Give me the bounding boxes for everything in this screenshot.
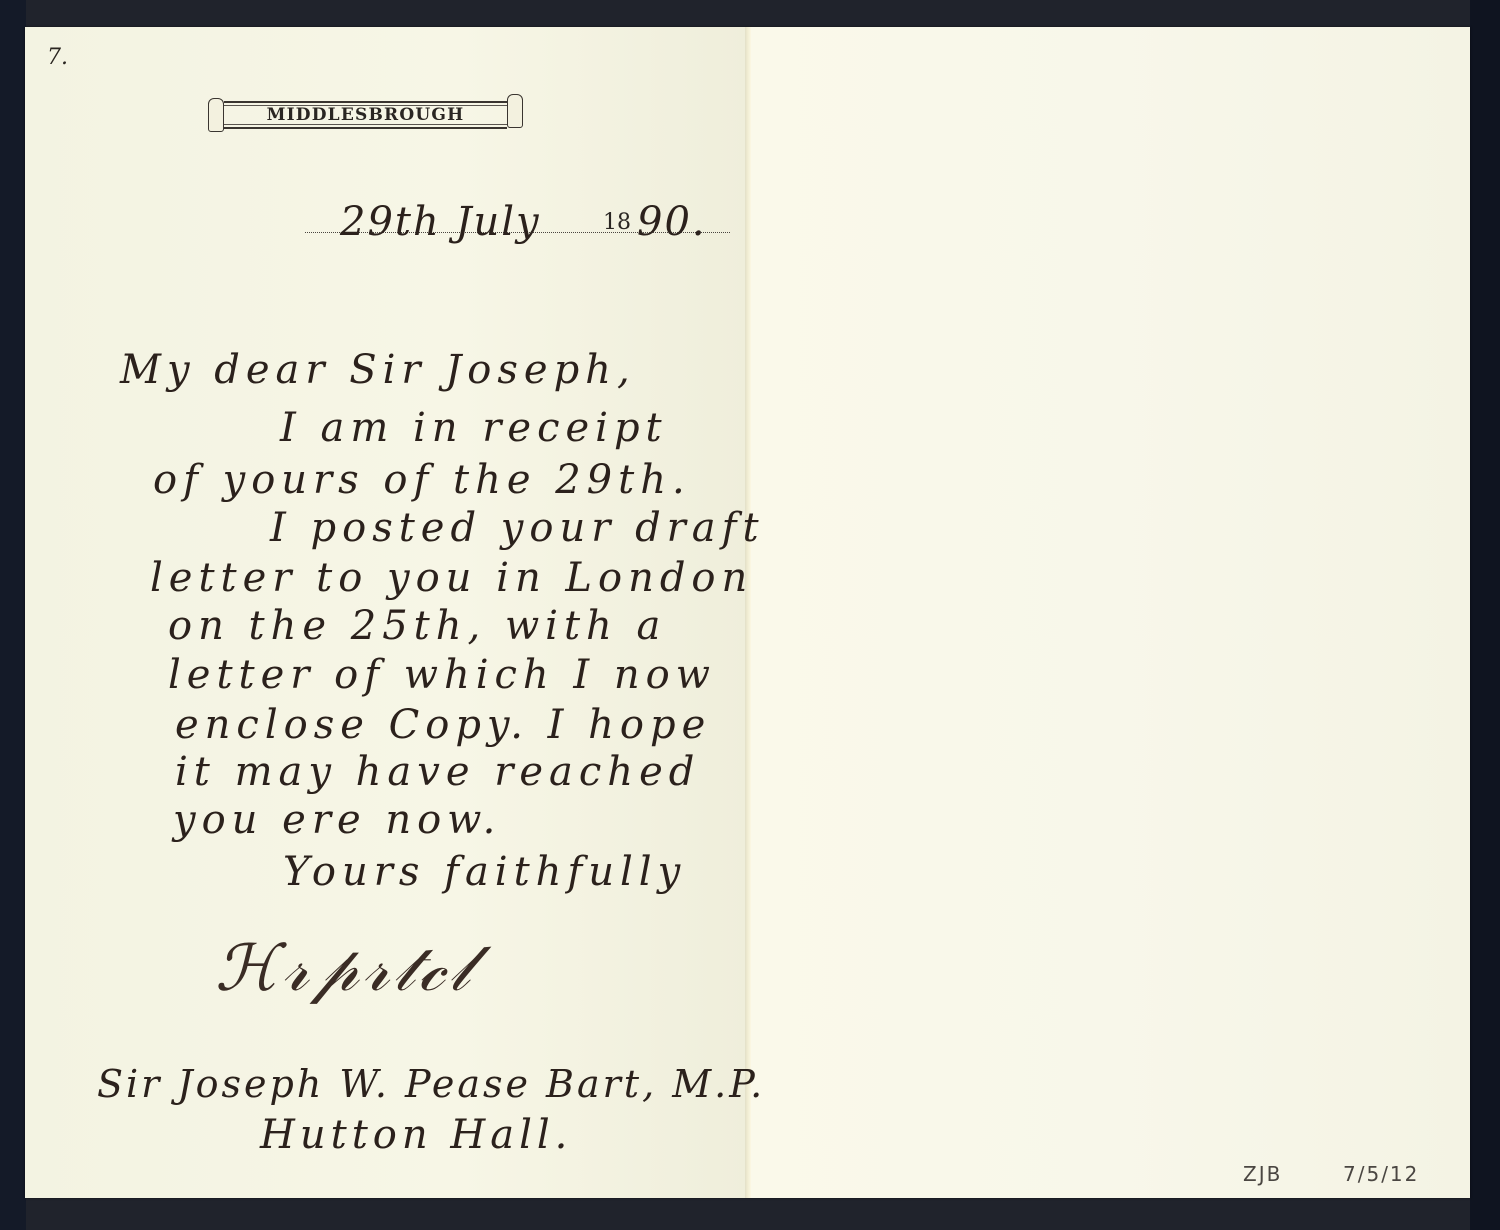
date-year: 90.: [637, 199, 707, 245]
letterhead: MIDDLESBROUGH: [208, 98, 523, 128]
addressee-residence: Hutton Hall.: [260, 1112, 572, 1158]
letterhead-place: MIDDLESBROUGH: [267, 105, 465, 125]
folio-number: 7.: [47, 45, 68, 70]
date-day-month: 29th July: [340, 199, 541, 245]
letterhead-banner: MIDDLESBROUGH: [224, 101, 507, 129]
body-line: I posted your draft: [270, 505, 765, 551]
scanner-backdrop-left: [0, 0, 26, 1230]
body-line: I am in receipt: [280, 405, 668, 451]
addressee-name: Sir Joseph W. Pease Bart, M.P.: [97, 1062, 765, 1106]
body-line: you ere now.: [173, 797, 501, 843]
scroll-ornament-left-icon: [208, 98, 224, 132]
scanner-backdrop-right: [1470, 0, 1500, 1230]
salutation: My dear Sir Joseph,: [120, 347, 636, 393]
archive-date: 7/5/12: [1343, 1162, 1419, 1186]
closing: Yours faithfully: [283, 849, 686, 895]
letter-sheet: 7. MIDDLESBROUGH 29th July 18 90. My dea…: [25, 27, 1470, 1198]
body-line: it may have reached: [175, 749, 700, 795]
body-line: of yours of the 29th.: [153, 457, 691, 503]
body-line: on the 25th, with a: [168, 603, 666, 649]
archive-reference: ZJB: [1243, 1162, 1282, 1186]
body-line: letter to you in London: [150, 555, 753, 601]
body-line: enclose Copy. I hope: [175, 702, 711, 748]
center-fold: [745, 27, 751, 1198]
page-right-blank: [750, 27, 1470, 1198]
date-printed-century: 18: [603, 210, 631, 235]
signature: ℋ𝓇𝓅𝓇𝓉𝒸𝓁: [215, 932, 474, 1006]
body-line: letter of which I now: [168, 652, 716, 698]
scroll-ornament-right-icon: [507, 94, 523, 128]
